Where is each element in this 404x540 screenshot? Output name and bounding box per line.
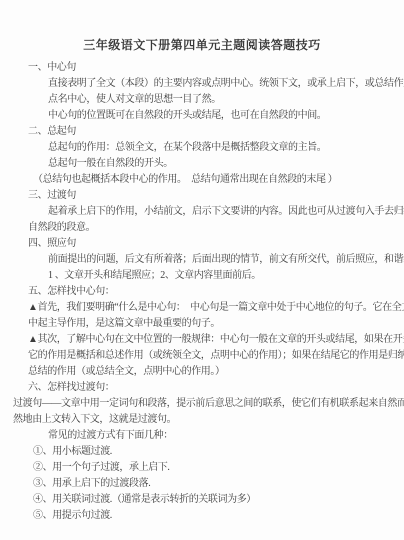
document-title: 三年级语文下册第四单元主题阅读答题技巧 [0,38,404,52]
text-line: 总结的作用（或总结全文，点明中心的作用。） [28,364,404,380]
text-line: ②、用一个句子过渡，承上启下. [33,460,404,476]
document-page: 三年级语文下册第四单元主题阅读答题技巧 一、中心句直接表明了全文（本段）的主要内… [0,0,404,540]
text-line: 常见的过渡方式有下面几种： [48,428,404,444]
text-line: ③、用承上启下的过渡段落. [33,476,404,492]
text-line: 五、怎样找中心句： [28,284,404,300]
text-line: 自然段的段意。 [28,220,404,236]
text-line: 中心句的位置既可在自然段的开头或结尾，也可在自然段的中间。 [48,108,404,124]
text-line: ▲首先，我们要明确“什么是中心句： 中心句是一篇文章中处于中心地位的句子。它在全… [28,300,404,316]
text-line: 过渡句——文章中用一定词句和段落，提示前后意思之间的联系，使它们有机联系起来自然… [13,396,404,412]
text-line: 然地由上文转入下文，这就是过渡句。 [13,412,404,428]
text-line: ④、用关联词过渡.（通常是表示转折的关联词为多） [33,492,404,508]
text-line: 六、怎样找过渡句： [28,380,404,396]
text-line: 总起句的作用：总领全文，在某个段落中是概括整段文章的主旨。 [48,140,404,156]
text-line: 二、总起句 [28,124,404,140]
text-line: 它的作用是概括和总述作用（或统领全文，点明中心的作用）；如果在结尾它的作用是归纳… [28,348,404,364]
text-line: 总起句一般在自然段的开头。 [48,156,404,172]
text-line: 三、过渡句 [28,188,404,204]
text-line: 1 、文章开头和结尾照应；2、文章内容里面前后。 [48,268,404,284]
document-lines: 一、中心句直接表明了全文（本段）的主要内容或点明中心。统领下文，或承上启下，或总… [0,60,404,524]
text-line: 起着承上启下的作用，小结前文，启示下文要讲的内容。因此也可从过渡句入手去归纳 [48,204,404,220]
text-line: 点名中心，使人对文章的思想一目了然。 [48,92,404,108]
text-line: 一、中心句 [28,60,404,76]
text-line: 中起主导作用，是这篇文章中最重要的句子。 [28,316,404,332]
text-line: 前面提出的问题，后文有所着落；后面出现的情节，前文有所交代，前后照应，和谐统一。 [48,252,404,268]
text-line: （总结句也起概括本段中心的作用。 总结句通常出现在自然段的末尾 ） [33,172,404,188]
text-line: ▲其次，了解中心句在文中位置的一般规律：中心句一般在文章的开头或结尾，如果在开头… [28,332,404,348]
text-line: ⑤、用提示句过渡. [33,508,404,524]
text-line: 四、照应句 [28,236,404,252]
text-line: 直接表明了全文（本段）的主要内容或点明中心。统领下文，或承上启下，或总结作用。 [48,76,404,92]
text-line: ①、用小标题过渡. [33,444,404,460]
